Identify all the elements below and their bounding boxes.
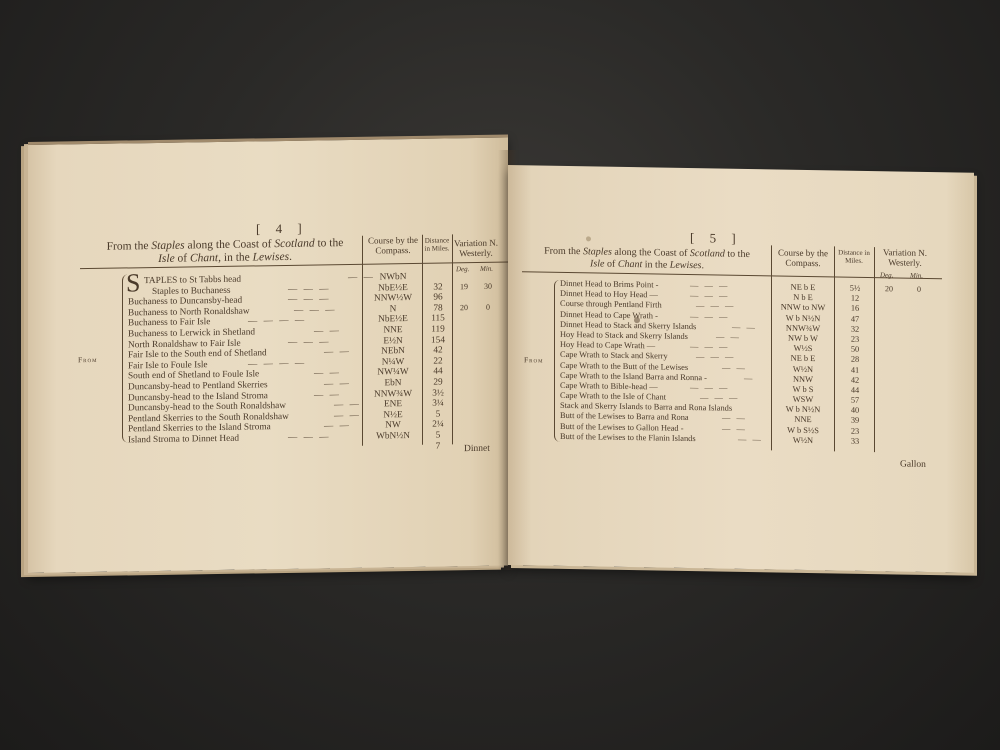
course-header: Course by the Compass. — [772, 247, 834, 268]
distance-header: Distance in Miles. — [423, 236, 451, 252]
page-number: [ 5 ] — [690, 230, 742, 247]
min-subheader: Min. — [910, 272, 923, 280]
from-label: From — [78, 355, 98, 364]
catchword: Dinnet — [464, 444, 490, 454]
left-page: [ 4 ] From the Staples along the Coast o… — [28, 134, 508, 573]
table-title: From the Staples along the Coast of Scot… — [522, 245, 772, 273]
ink-smudge — [634, 317, 640, 323]
foxing-spot — [586, 236, 591, 241]
right-page: [ 5 ] From the Staples along the Coast o… — [508, 165, 974, 573]
variation-header: Variation N. Westerly. — [874, 247, 936, 268]
catchword: Gallon — [900, 460, 926, 470]
open-book: [ 4 ] From the Staples along the Coast o… — [0, 0, 1000, 750]
page-number: [ 4 ] — [256, 221, 308, 238]
course-header: Course by the Compass. — [364, 235, 422, 256]
deg-subheader: Deg. — [880, 271, 893, 279]
table-title: From the Staples along the Coast of Scot… — [80, 237, 370, 268]
from-label: From — [524, 355, 544, 364]
distance-header: Distance in Miles. — [836, 248, 872, 265]
variation-header: Variation N. Westerly. — [452, 238, 500, 259]
route-table: TAPLES to St Tabbs head— —NWbN Staples t… — [128, 270, 508, 456]
route-table: Dinnet Head to Brims Point -— — —NE b E5… — [560, 279, 960, 449]
